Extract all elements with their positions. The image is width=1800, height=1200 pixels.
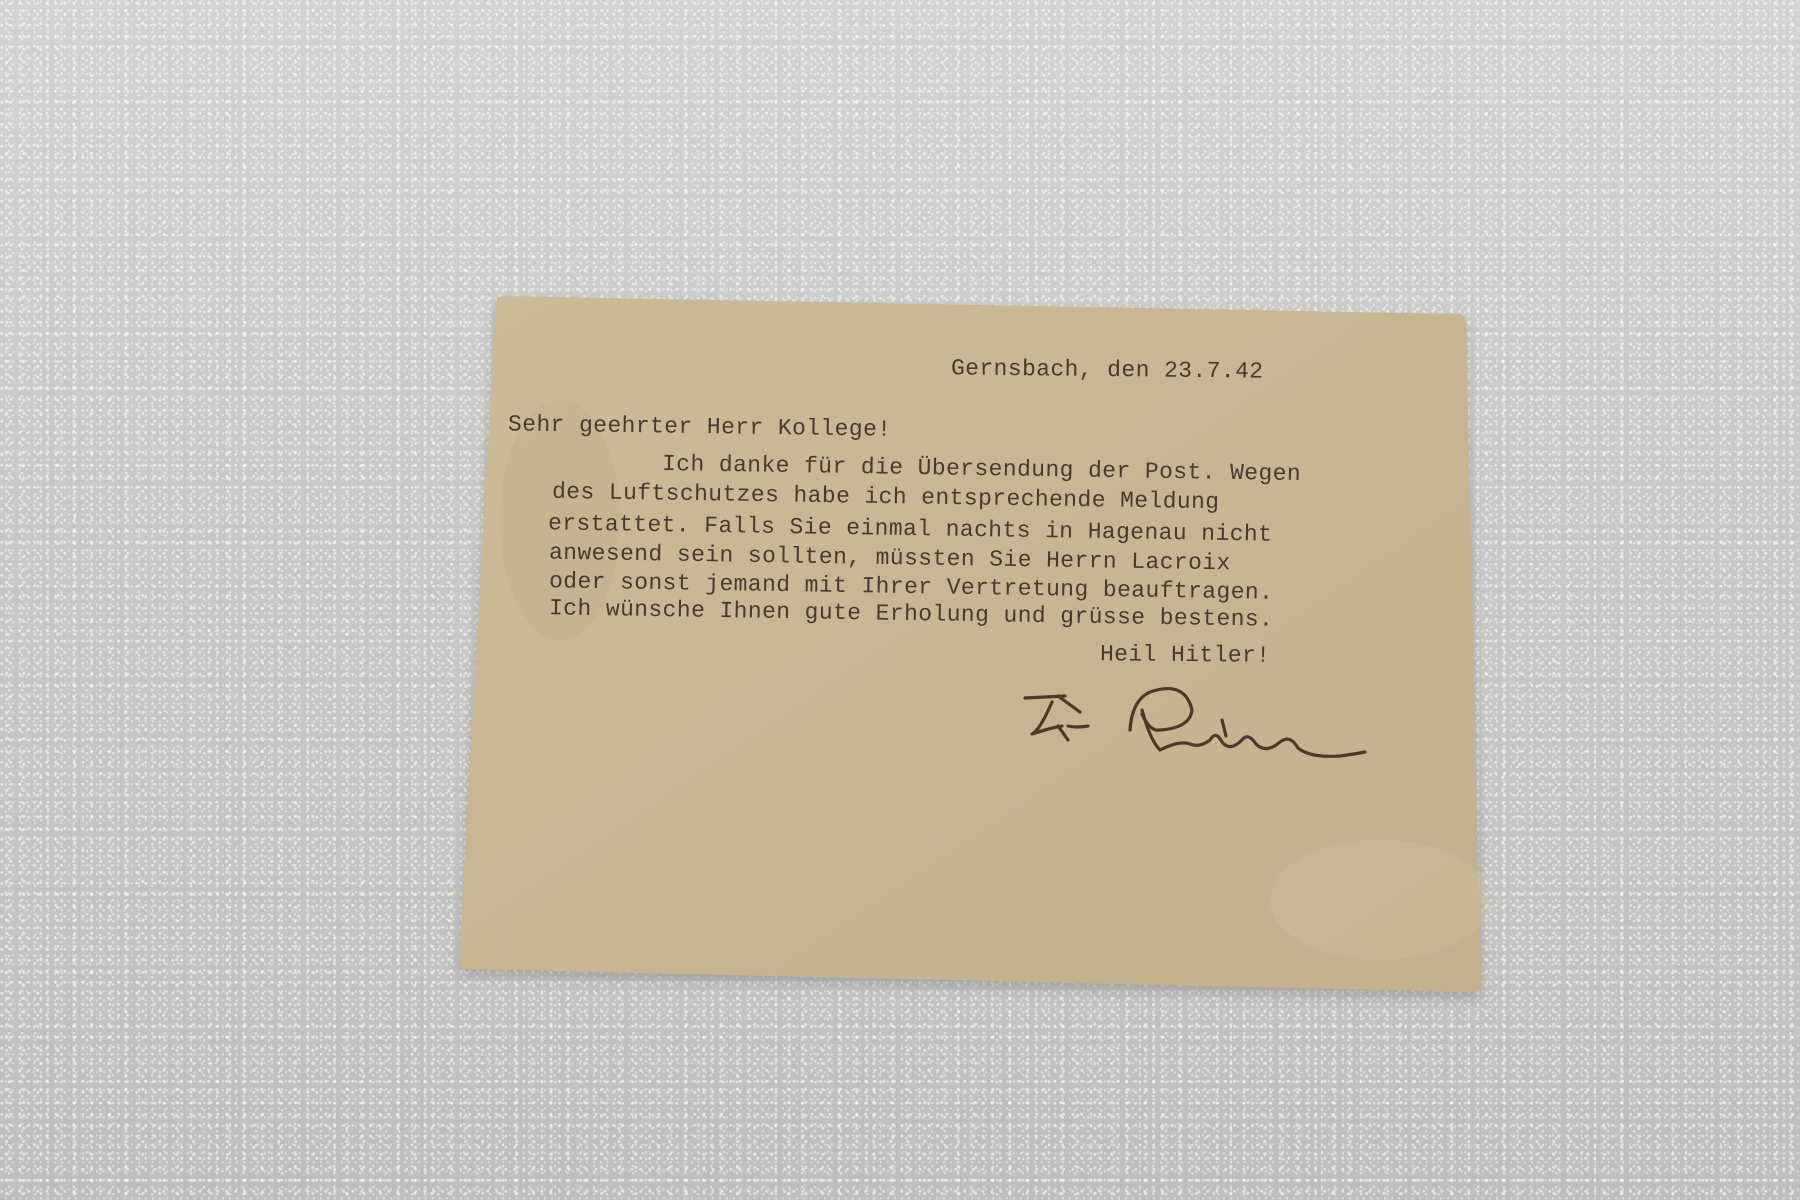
place-date: Gernsbach, den 23.7.42: [951, 355, 1264, 384]
body-line-3: erstattet. Falls Sie einmal nachts in Ha…: [548, 510, 1273, 547]
closing: Heil Hitler!: [1100, 641, 1271, 668]
postcard: Gernsbach, den 23.7.42 Sehr geehrter Her…: [0, 0, 1800, 1200]
salutation: Sehr geehrter Herr Kollege!: [508, 411, 892, 442]
body-line-5: oder sonst jemand mit Ihrer Vertretung b…: [549, 568, 1274, 605]
postcard-paper: [0, 0, 1800, 1200]
body-line-1: Ich danke für die Übersendung der Post. …: [662, 451, 1301, 487]
signature: [1010, 670, 1390, 780]
body-line-6: Ich wünsche Ihnen gute Erholung und grüs…: [549, 595, 1274, 632]
body-line-4: anwesend sein sollten, müssten Sie Herrn…: [549, 540, 1231, 577]
body-line-2: des Luftschutzes habe ich entsprechende …: [552, 479, 1220, 515]
